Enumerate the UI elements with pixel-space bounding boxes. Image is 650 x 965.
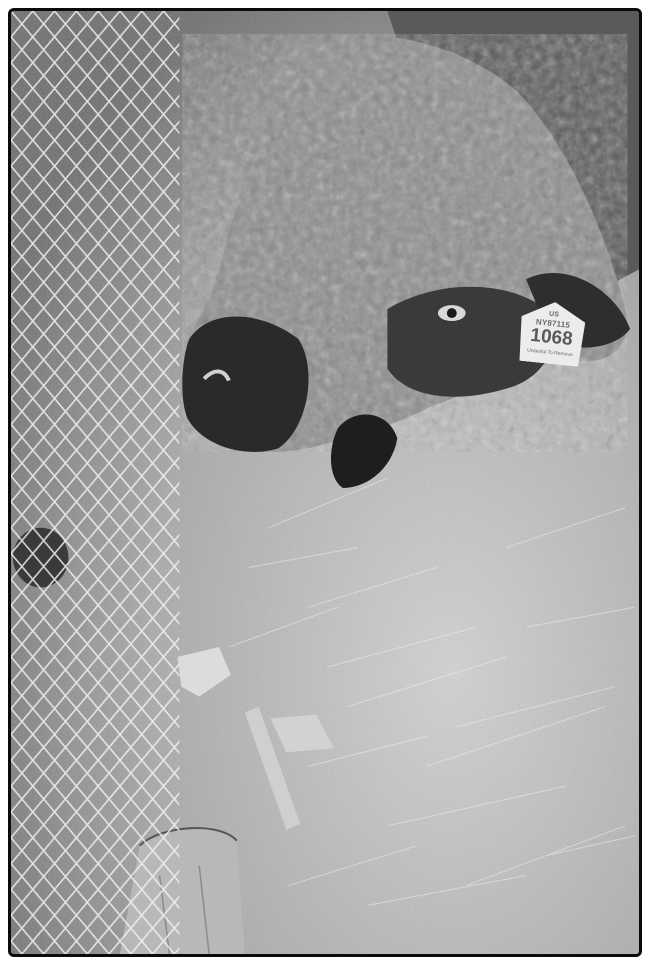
photo-frame: US NY87115 1068 Unlawful To Remove (8, 8, 642, 957)
wire-fence (11, 11, 179, 954)
sheep-nose (182, 317, 308, 452)
photo-scene (11, 11, 639, 954)
ear-tag: US NY87115 1068 Unlawful To Remove (517, 299, 587, 367)
